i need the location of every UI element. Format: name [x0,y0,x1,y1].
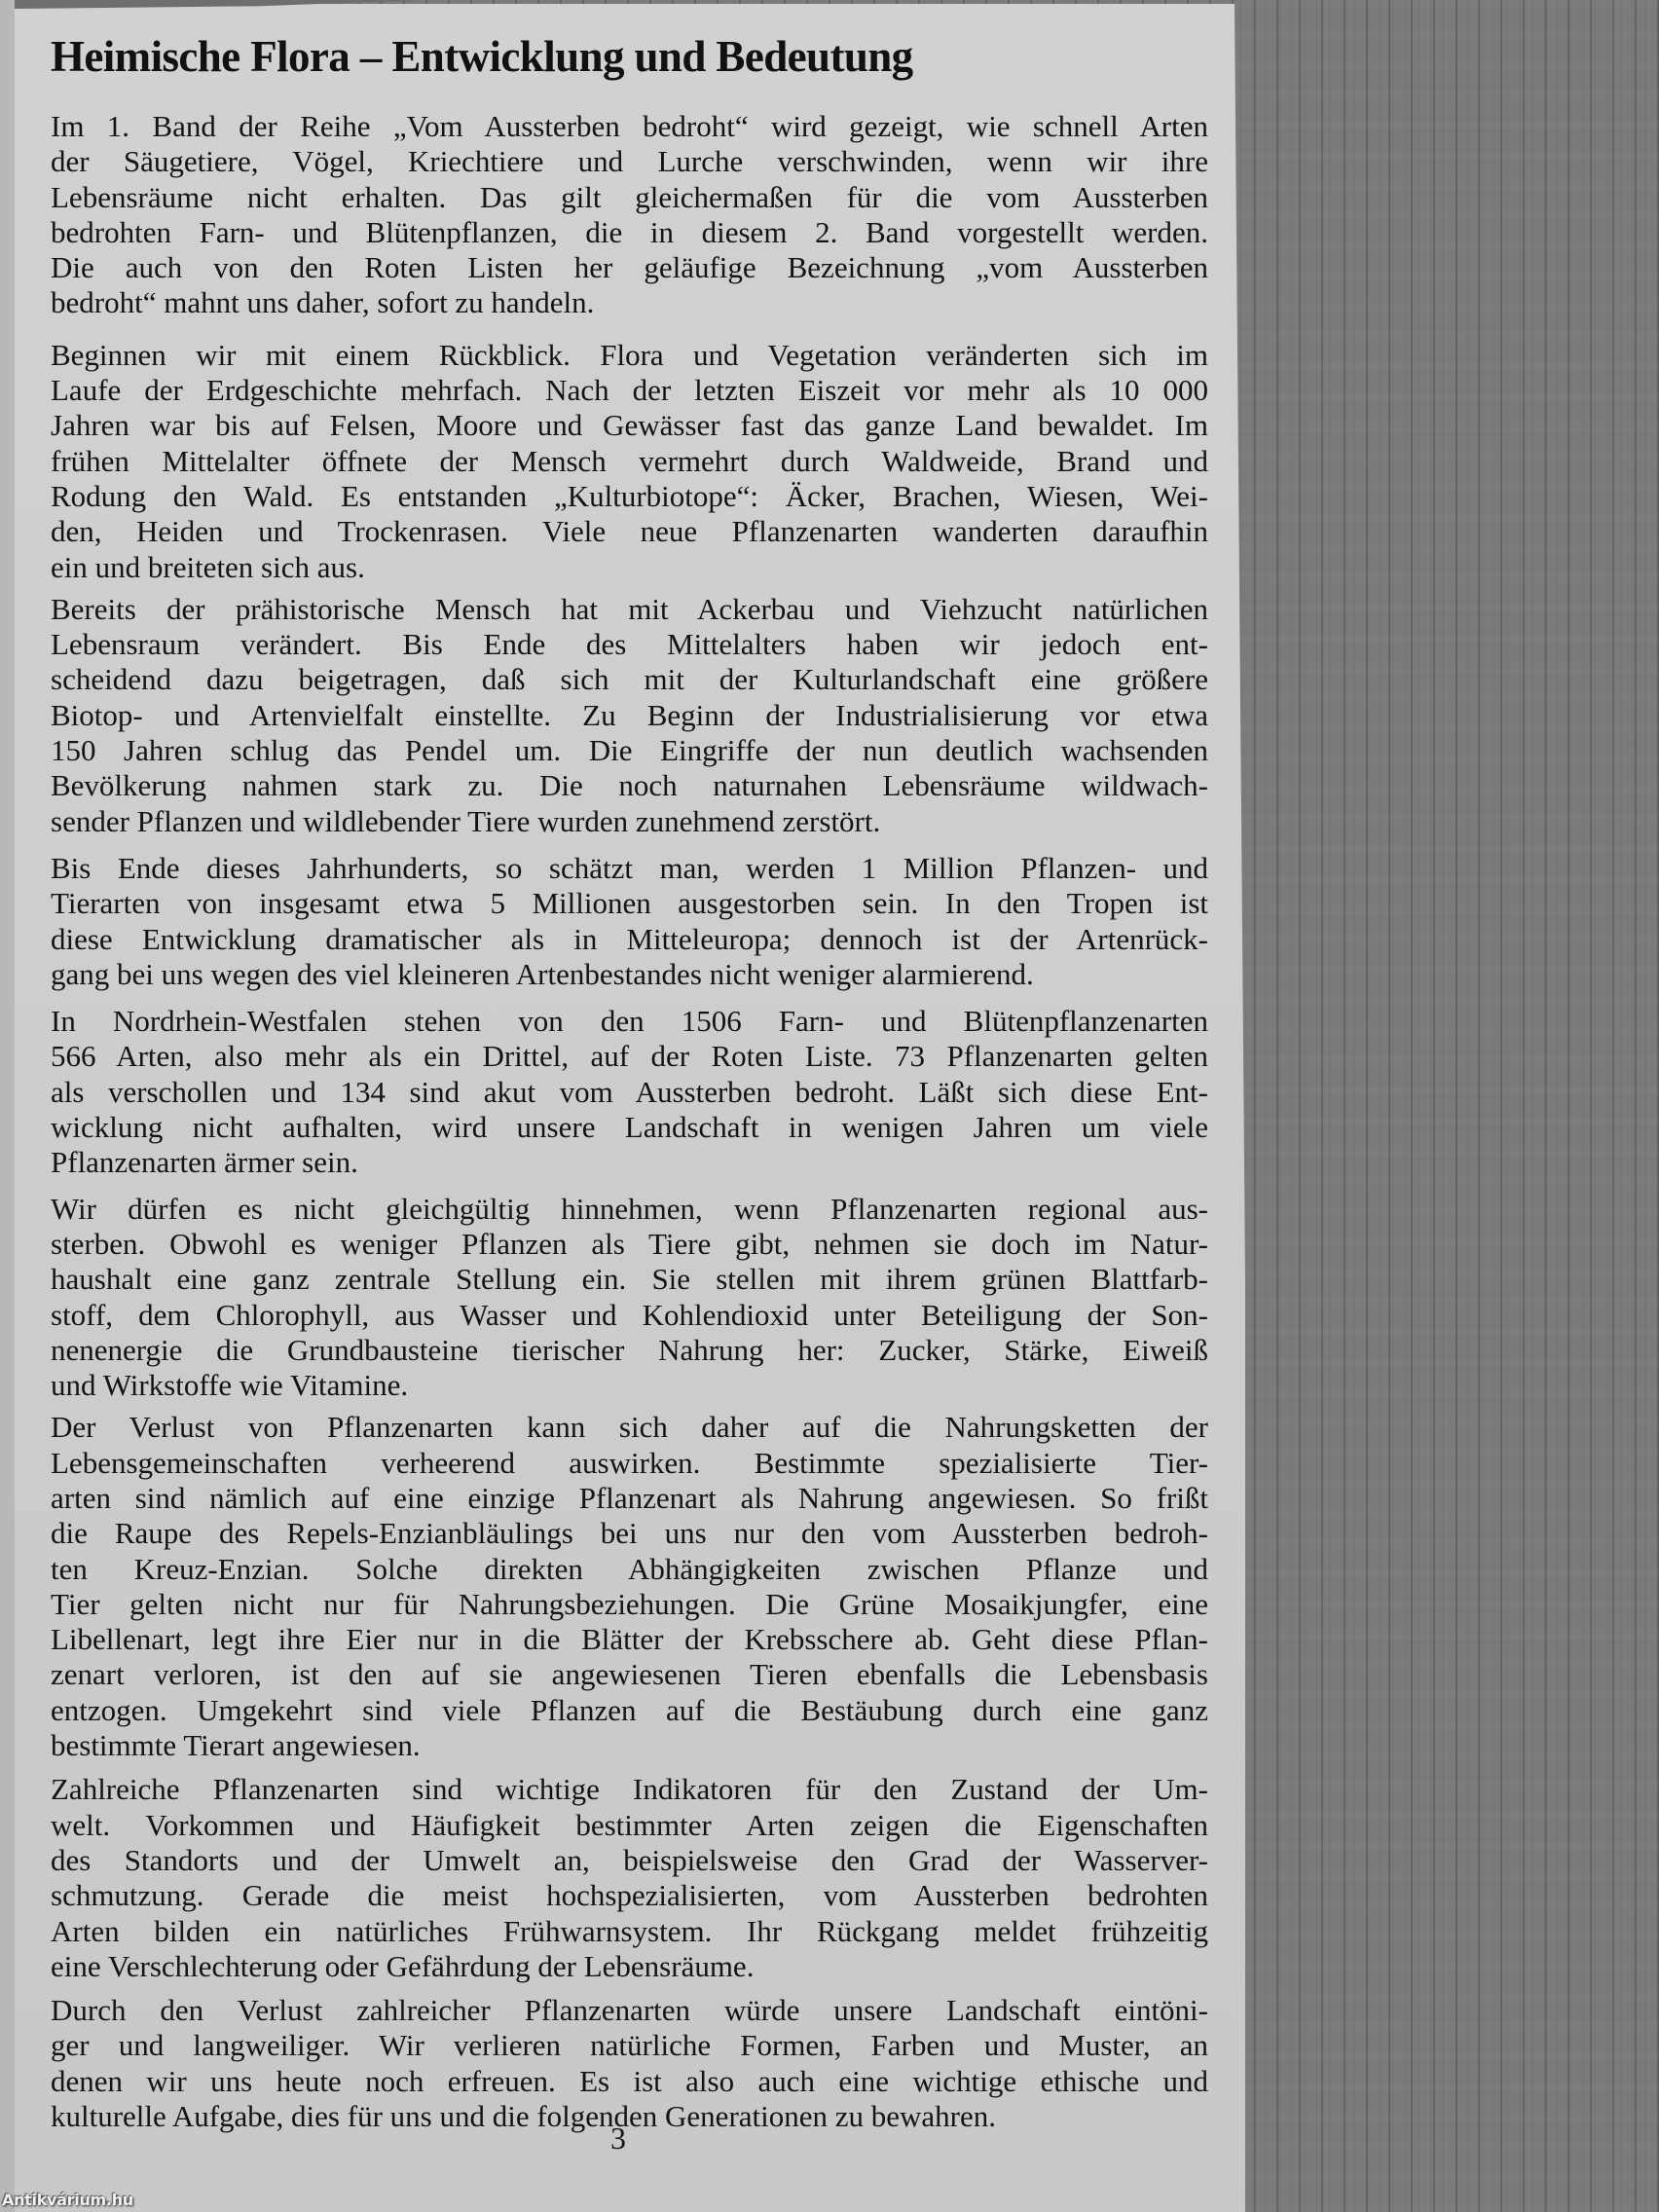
text-line: Libellenart, legt ihre Eier nur in die B… [51,1622,1208,1657]
text-line: ten Kreuz-Enzian. Solche direkten Abhäng… [51,1552,1208,1587]
page-title: Heimische Flora – Entwicklung und Bedeut… [51,29,1034,84]
text-line: bedroht“ mahnt uns daher, sofort zu hand… [51,285,1208,320]
page-number: 3 [610,2120,626,2157]
text-line: Arten bilden ein natürliches Frühwarnsys… [51,1914,1208,1949]
text-line: Lebensgemeinschaften verheerend auswirke… [51,1446,1208,1481]
paragraph: Der Verlust von Pflanzenarten kann sich … [51,1410,1208,1763]
text-line: In Nordrhein-Westfalen stehen von den 15… [51,1004,1208,1039]
paragraph: Zahlreiche Pflanzenarten sind wichtige I… [51,1772,1208,1984]
text-line: denen wir uns heute noch erfreuen. Es is… [51,2064,1208,2099]
text-line: kulturelle Aufgabe, dies für uns und die… [51,2099,1208,2134]
text-line: Beginnen wir mit einem Rückblick. Flora … [51,338,1208,373]
paragraph: Durch den Verlust zahlreicher Pflanzenar… [51,1993,1208,2134]
text-line: gang bei uns wegen des viel kleineren Ar… [51,957,1208,992]
text-line: frühen Mittelalter öffnete der Mensch ve… [51,444,1208,479]
text-line: Biotop- und Artenvielfalt einstellte. Zu… [51,698,1208,733]
text-line: eine Verschlechterung oder Gefährdung de… [51,1949,1208,1984]
text-line: ger und langweiliger. Wir verlieren natü… [51,2028,1208,2063]
text-line: Lebensraum verändert. Bis Ende des Mitte… [51,627,1208,662]
text-line: und Wirkstoffe wie Vitamine. [51,1368,1208,1403]
text-line: Rodung den Wald. Es entstanden „Kulturbi… [51,479,1208,514]
text-line: 566 Arten, also mehr als ein Drittel, au… [51,1039,1208,1074]
text-line: nenenergie die Grundbausteine tierischer… [51,1333,1208,1368]
paragraph: Wir dürfen es nicht gleichgültig hinnehm… [51,1192,1208,1404]
text-line: wicklung nicht aufhalten, wird unsere La… [51,1110,1208,1145]
text-line: als verschollen und 134 sind akut vom Au… [51,1075,1208,1110]
text-line: bedrohten Farn- und Blütenpflanzen, die … [51,215,1208,250]
text-line: Bereits der prähistorische Mensch hat mi… [51,592,1208,627]
paragraph: Beginnen wir mit einem Rückblick. Flora … [51,338,1208,585]
text-line: haushalt eine ganz zentrale Stellung ein… [51,1262,1208,1297]
text-line: Bevölkerung nahmen stark zu. Die noch na… [51,768,1208,803]
text-line: Pflanzenarten ärmer sein. [51,1145,1208,1180]
text-line: bestimmte Tierart angewiesen. [51,1728,1208,1763]
text-line: Wir dürfen es nicht gleichgültig hinnehm… [51,1192,1208,1227]
text-line: Tierarten von insgesamt etwa 5 Millionen… [51,886,1208,921]
watermark: Antikvárium.hu [2,2191,133,2209]
text-line: Bis Ende dieses Jahrhunderts, so schätzt… [51,851,1208,886]
text-line: zenart verloren, ist den auf sie angewie… [51,1657,1208,1692]
text-line: Jahren war bis auf Felsen, Moore und Gew… [51,408,1208,443]
text-line: Im 1. Band der Reihe „Vom Aussterben bed… [51,109,1208,144]
text-line: diese Entwicklung dramatischer als in Mi… [51,922,1208,957]
text-line: Lebensräume nicht erhalten. Das gilt gle… [51,180,1208,215]
text-line: Laufe der Erdgeschichte mehrfach. Nach d… [51,373,1208,408]
text-line: Die auch von den Roten Listen her geläuf… [51,250,1208,285]
text-line: den, Heiden und Trockenrasen. Viele neue… [51,514,1208,549]
text-line: Tier gelten nicht nur für Nahrungsbezieh… [51,1587,1208,1622]
text-line: schmutzung. Gerade die meist hochspezial… [51,1878,1208,1913]
paragraph: In Nordrhein-Westfalen stehen von den 15… [51,1004,1208,1180]
text-line: welt. Vorkommen und Häufigkeit bestimmte… [51,1808,1208,1843]
text-line: stoff, dem Chlorophyll, aus Wasser und K… [51,1298,1208,1333]
text-line: des Standorts und der Umwelt an, beispie… [51,1843,1208,1878]
paragraph: Bis Ende dieses Jahrhunderts, so schätzt… [51,851,1208,992]
text-line: 150 Jahren schlug das Pendel um. Die Ein… [51,733,1208,768]
underlying-page-edge [0,0,15,2212]
text-line: Der Verlust von Pflanzenarten kann sich … [51,1410,1208,1445]
text-line: entzogen. Umgekehrt sind viele Pflanzen … [51,1693,1208,1728]
book-page: Heimische Flora – Entwicklung und Bedeut… [15,4,1245,2212]
text-line: sender Pflanzen und wildlebender Tiere w… [51,804,1208,839]
text-line: Durch den Verlust zahlreicher Pflanzenar… [51,1993,1208,2028]
text-line: arten sind nämlich auf eine einzige Pfla… [51,1481,1208,1516]
paragraph: Bereits der prähistorische Mensch hat mi… [51,592,1208,839]
text-line: Zahlreiche Pflanzenarten sind wichtige I… [51,1772,1208,1807]
text-line: ein und breiteten sich aus. [51,550,1208,585]
text-line: der Säugetiere, Vögel, Kriechtiere und L… [51,144,1208,179]
paragraph: Im 1. Band der Reihe „Vom Aussterben bed… [51,109,1208,321]
text-line: sterben. Obwohl es weniger Pflanzen als … [51,1227,1208,1262]
text-line: scheidend dazu beigetragen, daß sich mit… [51,662,1208,697]
body-text: Im 1. Band der Reihe „Vom Aussterben bed… [51,109,1208,2134]
text-line: die Raupe des Repels-Enzianbläulings bei… [51,1516,1208,1551]
